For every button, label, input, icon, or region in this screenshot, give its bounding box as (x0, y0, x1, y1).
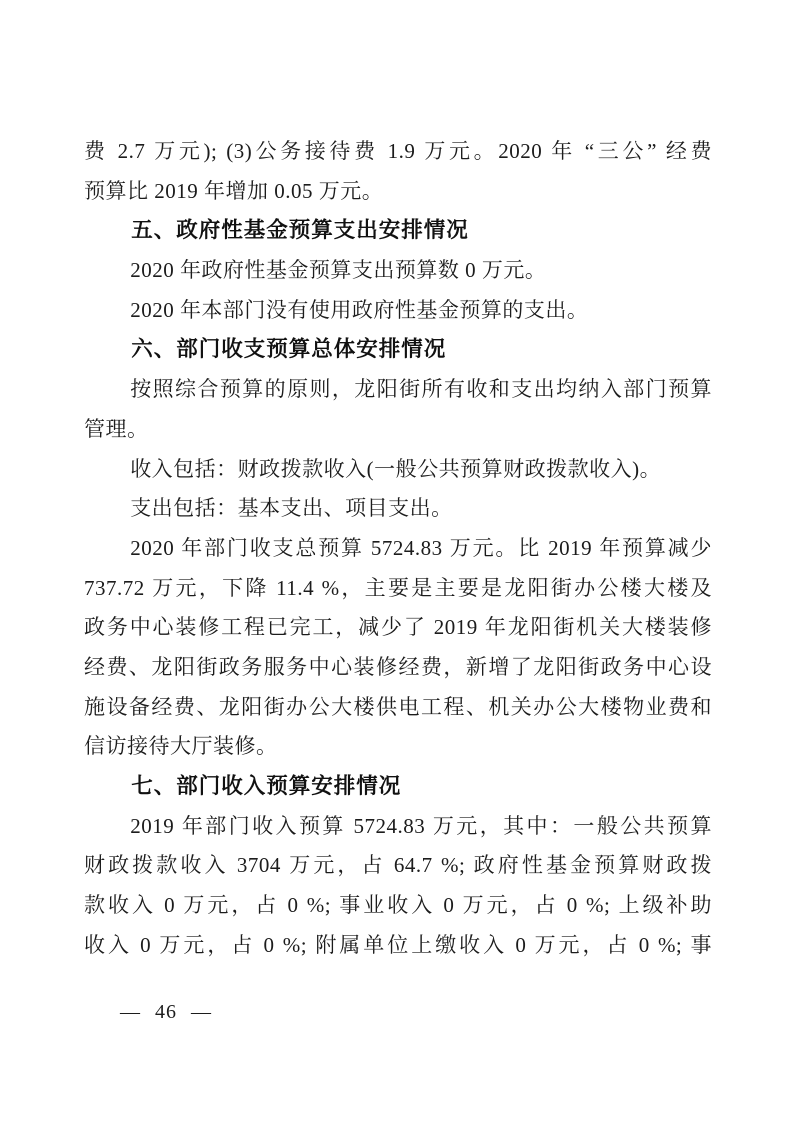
text-line: 预算比 2019 年增加 0.05 万元。 (84, 172, 712, 212)
document-page: 费 2.7 万元); (3)公务接待费 1.9 万元。2020 年 “三公” 经… (0, 0, 793, 1122)
section-heading: 五、政府性基金预算支出安排情况 (84, 211, 712, 251)
text-line: 2020 年部门收支总预算 5724.83 万元。比 2019 年预算减少 (84, 529, 712, 569)
text-line: 收入包括：财政拨款收入(一般公共预算财政拨款收入)。 (84, 450, 712, 490)
text-line: 政务中心装修工程已完工，减少了 2019 年龙阳街机关大楼装修 (84, 608, 712, 648)
text-line: 费 2.7 万元); (3)公务接待费 1.9 万元。2020 年 “三公” 经… (84, 132, 712, 172)
text-line: 施设备经费、龙阳街办公大楼供电工程、机关办公大楼物业费和 (84, 688, 712, 728)
text-line: 款收入 0 万元，占 0 %; 事业收入 0 万元，占 0 %; 上级补助 (84, 886, 712, 926)
text-line: 2020 年本部门没有使用政府性基金预算的支出。 (84, 291, 712, 331)
document-body: 费 2.7 万元); (3)公务接待费 1.9 万元。2020 年 “三公” 经… (84, 132, 712, 965)
text-line: 按照综合预算的原则，龙阳街所有收和支出均纳入部门预算 (84, 370, 712, 410)
text-line: 支出包括：基本支出、项目支出。 (84, 489, 712, 529)
text-line: 2020 年政府性基金预算支出预算数 0 万元。 (84, 251, 712, 291)
text-line: 信访接待大厅装修。 (84, 727, 712, 767)
section-heading: 六、部门收支预算总体安排情况 (84, 330, 712, 370)
text-line: 经费、龙阳街政务服务中心装修经费，新增了龙阳街政务中心设 (84, 648, 712, 688)
text-line: 管理。 (84, 410, 712, 450)
text-line: 财政拨款收入 3704 万元，占 64.7 %; 政府性基金预算财政拨 (84, 846, 712, 886)
page-number: — 46 — (120, 998, 212, 1026)
text-line: 737.72 万元，下降 11.4 %，主要是主要是龙阳街办公楼大楼及 (84, 569, 712, 609)
text-line: 2019 年部门收入预算 5724.83 万元，其中：一般公共预算 (84, 807, 712, 847)
text-line: 收入 0 万元，占 0 %; 附属单位上缴收入 0 万元，占 0 %; 事 (84, 926, 712, 966)
section-heading: 七、部门收入预算安排情况 (84, 767, 712, 807)
